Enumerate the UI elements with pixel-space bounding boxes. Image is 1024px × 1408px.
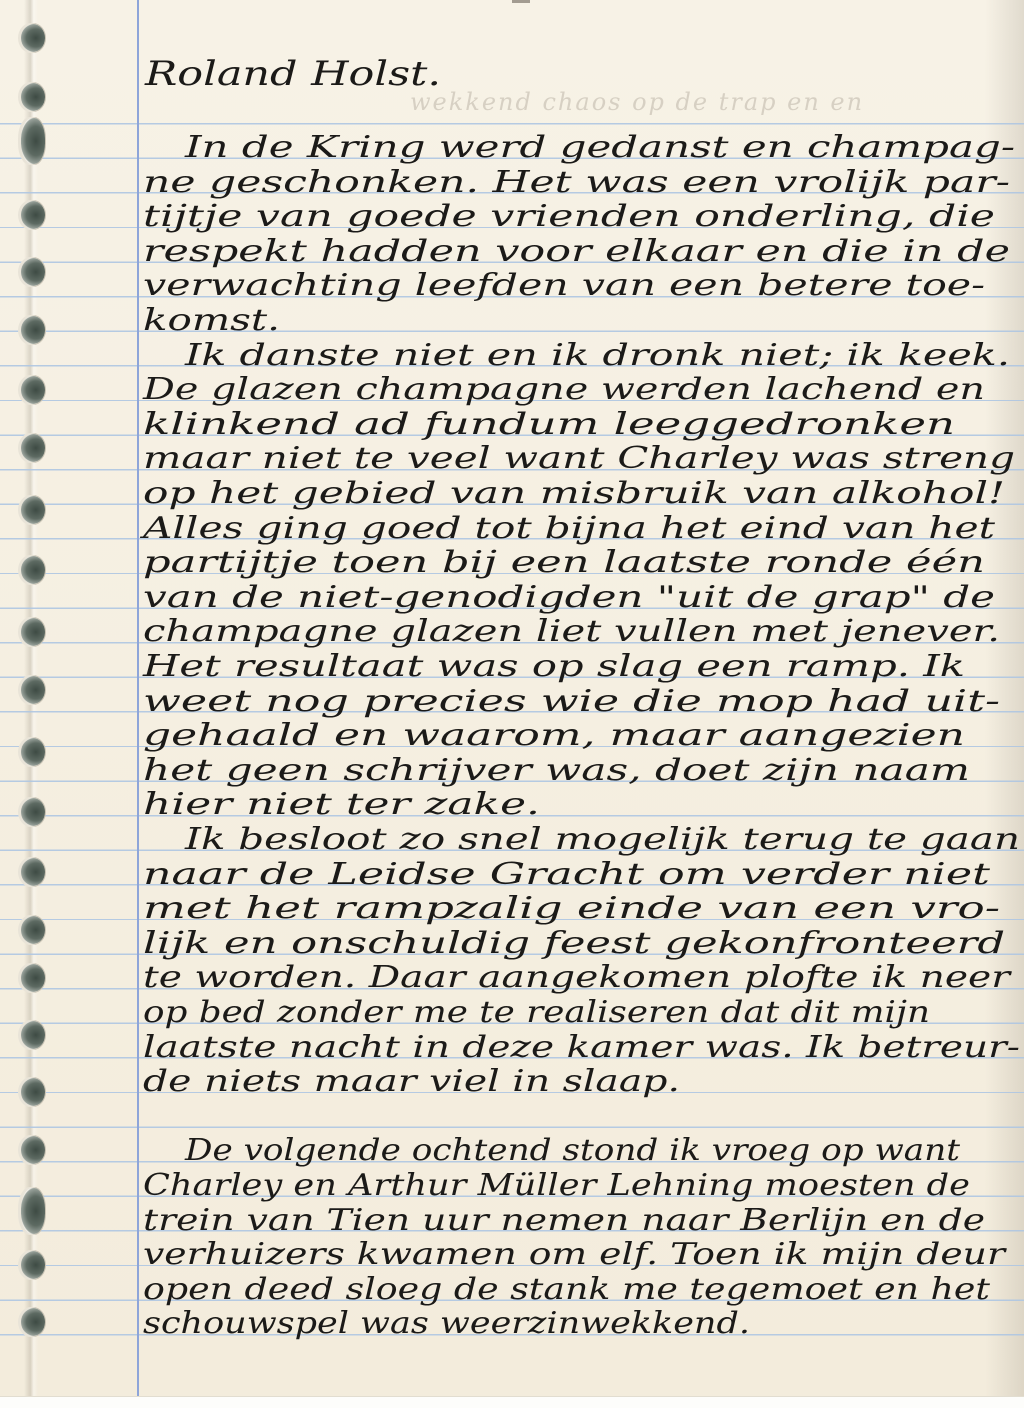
line-text: naar de Leidse Gracht om verder niet [143,858,990,893]
binder-hole-icon [21,1021,45,1049]
line-text: respekt hadden voor elkaar en die in de [143,235,1010,270]
text-line: lijk en onschuldig feest gekonfronteerd [143,927,1005,962]
binder-hole-icon [21,376,45,404]
text-line: maar niet te veel want Charley was stren… [143,442,1015,477]
margin-line [137,0,139,1396]
binder-hole-icon [21,618,45,646]
binder-hole-icon [21,201,45,229]
text-line: weet nog precies wie die mop had uit- [143,685,1000,720]
binder-hole-icon [21,676,45,704]
line-text: laatste nacht in deze kamer was. Ik betr… [143,1031,1020,1066]
top-edge-mark [512,0,530,3]
binder-hole-icon [21,556,45,584]
line-text: verwachting leefden van een betere toe- [143,269,985,304]
line-text: van de niet-genodigden "uit de grap" de [143,581,995,616]
binder-hole-icon [21,83,45,111]
binder-hole-icon [21,738,45,766]
text-line: Charley en Arthur Müller Lehning moesten… [143,1169,970,1204]
text-line: het geen schrijver was, doet zijn naam [143,754,970,789]
line-text: lijk en onschuldig feest gekonfronteerd [143,927,1005,962]
bleed-through-text: wekkend chaos op de trap en en [410,88,1010,116]
line-text: De volgende ochtend stond ik vroeg op wa… [185,1134,960,1169]
text-line: Ik danste niet en ik dronk niet; ik keek… [185,339,1010,374]
line-text: klinkend ad fundum leeggedronken [143,408,955,443]
binder-hole-icon [21,496,45,524]
line-text: champagne glazen liet vullen met jenever… [143,615,1000,650]
binder-hole-icon [21,1136,45,1164]
line-text: Het resultaat was op slag een ramp. Ik [143,650,965,685]
line-text: tijtje van goede vrienden onderling, die [143,200,995,235]
text-line: De volgende ochtend stond ik vroeg op wa… [185,1134,960,1169]
binder-hole-icon [21,434,45,462]
text-line: naar de Leidse Gracht om verder niet [143,858,990,893]
binder-hole-icon [21,1078,45,1106]
line-text: te worden. Daar aangekomen plofte ik nee… [143,961,1010,996]
text-line: schouwspel was weerzinwekkend. [143,1307,750,1342]
line-text: open deed sloeg de stank me tegemoet en … [143,1273,990,1308]
text-line: open deed sloeg de stank me tegemoet en … [143,1273,990,1308]
text-line: verwachting leefden van een betere toe- [143,269,985,304]
line-text: ne geschonken. Het was een vrolijk par- [143,166,1010,201]
binder-hole-icon [21,916,45,944]
line-text: op bed zonder me te realiseren dat dit m… [143,996,930,1031]
text-line: In de Kring werd gedanst en champag- [185,131,1015,166]
text-line: tijtje van goede vrienden onderling, die [143,200,995,235]
binder-hole-icon [21,858,45,886]
text-line: hier niet ter zake. [143,788,540,823]
text-line: gehaald en waarom, maar aangezien [143,719,965,754]
line-text: het geen schrijver was, doet zijn naam [143,754,970,789]
scan-bottom-edge [0,1396,1024,1408]
line-text: In de Kring werd gedanst en champag- [185,131,1015,166]
line-text: op het gebied van misbruik van alkohol! [143,477,1005,512]
binder-hole-icon [21,798,45,826]
text-line: laatste nacht in deze kamer was. Ik betr… [143,1031,1020,1066]
text-line: trein van Tien uur nemen naar Berlijn en… [143,1204,985,1239]
text-line: partijtje toen bij een laatste ronde één [143,546,985,581]
text-line: op het gebied van misbruik van alkohol! [143,477,1005,512]
text-line: De glazen champagne werden lachend en [143,373,985,408]
text-line: op bed zonder me te realiseren dat dit m… [143,996,930,1031]
binder-hole-icon [21,258,45,286]
text-line: komst. [143,304,280,339]
line-text: gehaald en waarom, maar aangezien [143,719,965,754]
text-line: champagne glazen liet vullen met jenever… [143,615,1000,650]
line-text: Ik danste niet en ik dronk niet; ik keek… [185,339,1010,374]
line-text: Ik besloot zo snel mogelijk terug te gaa… [185,823,1020,858]
line-text: De glazen champagne werden lachend en [143,373,985,408]
line-text: weet nog precies wie die mop had uit- [143,685,1000,720]
text-line: verhuizers kwamen om elf. Toen ik mijn d… [143,1238,1005,1273]
page-title: Roland Holst. [145,52,441,96]
text-line: met het rampzalig einde van een vro- [143,892,1000,927]
text-line: de niets maar viel in slaap. [143,1065,680,1100]
binder-hole-icon [21,1251,45,1279]
text-line: Ik besloot zo snel mogelijk terug te gaa… [185,823,1020,858]
line-text: verhuizers kwamen om elf. Toen ik mijn d… [143,1238,1005,1273]
binder-hole-icon [21,1188,45,1234]
line-text: de niets maar viel in slaap. [143,1065,680,1100]
binder-hole-icon [21,118,45,164]
line-text: komst. [143,304,280,339]
line-text: maar niet te veel want Charley was stren… [143,442,1015,477]
line-text: Alles ging goed tot bijna het eind van h… [143,512,995,547]
line-text: schouwspel was weerzinwekkend. [143,1307,750,1342]
text-line: te worden. Daar aangekomen plofte ik nee… [143,961,1010,996]
line-text: trein van Tien uur nemen naar Berlijn en… [143,1204,985,1239]
title-text: Roland Holst. [145,52,441,96]
binder-hole-icon [21,24,45,52]
text-line: Alles ging goed tot bijna het eind van h… [143,512,995,547]
line-text: hier niet ter zake. [143,788,540,823]
line-text: met het rampzalig einde van een vro- [143,892,1000,927]
text-line: Het resultaat was op slag een ramp. Ik [143,650,965,685]
binder-hole-icon [21,1308,45,1336]
binder-hole-icon [21,316,45,344]
binder-hole-icon [21,964,45,992]
text-line: klinkend ad fundum leeggedronken [143,408,955,443]
text-line: van de niet-genodigden "uit de grap" de [143,581,995,616]
text-line: ne geschonken. Het was een vrolijk par- [143,166,1010,201]
line-text: Charley en Arthur Müller Lehning moesten… [143,1169,970,1204]
text-line: respekt hadden voor elkaar en die in de [143,235,1010,270]
line-text: partijtje toen bij een laatste ronde één [143,546,985,581]
